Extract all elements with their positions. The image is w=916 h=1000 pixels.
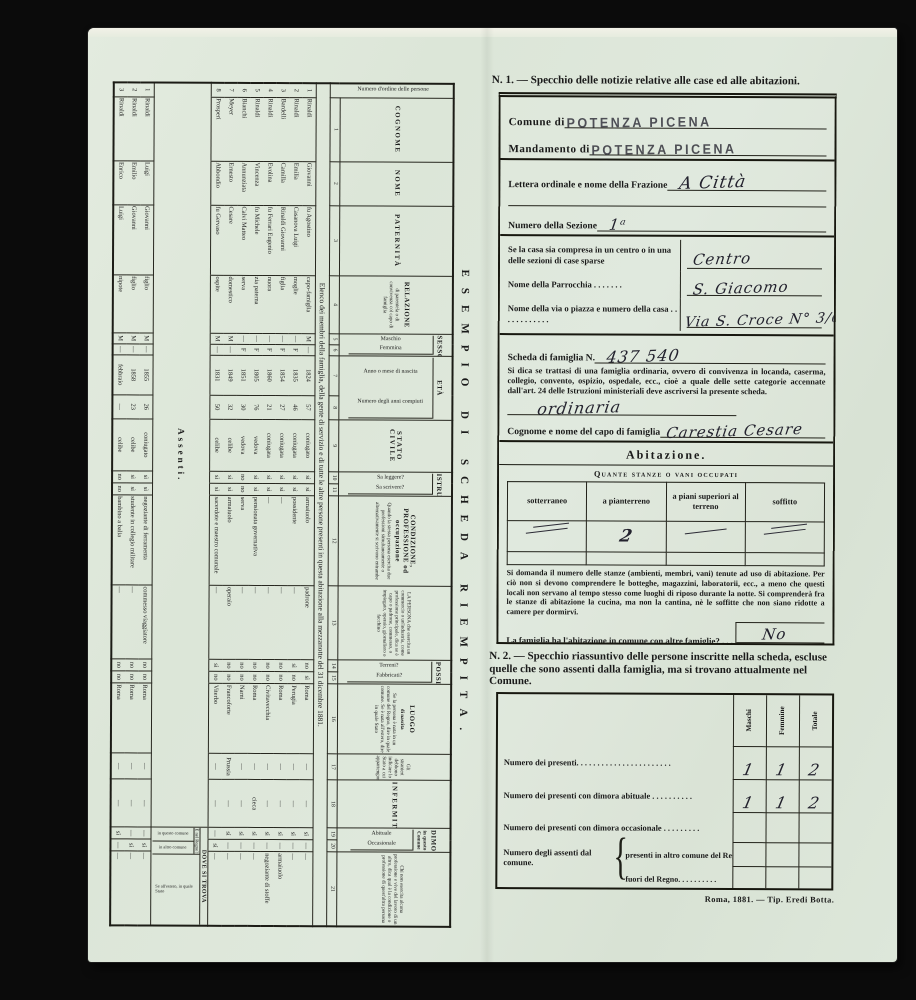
person-cell: 1855 <box>139 355 153 395</box>
mandamento-stamp: POTENZA PICENA <box>592 141 737 158</box>
column-number: 18 <box>327 780 337 828</box>
presenti-femmine: 1 <box>766 747 799 780</box>
person-cell: — <box>287 754 300 780</box>
person-cell: sì <box>126 471 139 483</box>
estero-label: Se all'estero, in quale Stato <box>156 885 196 895</box>
person-cell: nuora <box>263 275 276 333</box>
comune-row: Comune di POTENZA PICENA <box>509 101 827 129</box>
person-cell: 2 <box>290 83 303 97</box>
person-cell: Emilia <box>289 161 302 205</box>
person-cell: sì <box>249 483 262 495</box>
person-cell: 1851 <box>236 355 249 395</box>
person-cell: 30 <box>236 395 249 419</box>
person-cell: — <box>286 852 299 926</box>
person-cell: serva <box>236 495 249 585</box>
person-cell: — <box>127 344 140 355</box>
person-cell: Annunziata <box>237 161 250 205</box>
person-cell: sì <box>260 828 273 840</box>
person-cell: Rinaldi Giovanni <box>276 205 289 275</box>
person-cell: no <box>111 671 125 683</box>
questo-comune-label: in questo comune <box>158 828 189 841</box>
person-cell: serva <box>237 275 250 333</box>
via-row: Nome della via o piazza e numero della c… <box>508 298 826 331</box>
scheda-label: Scheda di famiglia N. <box>508 352 595 363</box>
person-cell: Roma <box>248 683 261 753</box>
abituale-maschi: 1 <box>733 780 766 813</box>
page-content: ESEMPIO DI SCHEDA RIEMPITA. Numero d'ord… <box>86 26 899 964</box>
column-number: 8 <box>329 396 339 420</box>
scheda-handwriting: 437 540 <box>606 345 682 366</box>
scanned-census-page: { "example_table": { "title": "ESEMPIO D… <box>0 0 916 1000</box>
person-cell: no <box>138 659 152 671</box>
categoria-handwriting: ordinaria <box>536 397 623 419</box>
person-cell: — <box>234 852 247 926</box>
column-number: 7 <box>329 356 339 396</box>
person-cell: Civitavecchia <box>261 684 274 754</box>
dove-si-trova-header: DOVE SI TROVA È nel Regno? in questo com… <box>151 827 208 926</box>
person-cell: — <box>124 851 137 925</box>
person-cell: no <box>274 672 287 684</box>
person-cell: 1860 <box>262 355 275 395</box>
person-cell: no <box>111 659 125 671</box>
famiglia-handwriting: No <box>761 624 788 643</box>
person-cell: 27 <box>275 395 288 419</box>
person-cell: Bianchi <box>237 97 250 161</box>
person-cell: armaiuolo <box>273 852 286 926</box>
person-cell: — <box>275 495 288 585</box>
n2-box: Maschi Femmine Totale Numero dei present… <box>495 692 834 890</box>
person-cell: Bardelli <box>276 97 289 161</box>
person-cell: — <box>276 333 289 344</box>
person-cell: — <box>260 840 273 852</box>
person-cell: no <box>209 671 223 683</box>
sezione-handwriting: 1ᵃ <box>608 215 628 234</box>
person-cell: — <box>300 780 314 828</box>
person-cell: — <box>110 839 124 851</box>
person-cell: — <box>273 840 286 852</box>
person-cell: 4 <box>264 83 277 97</box>
person-cell: padrone <box>300 586 314 660</box>
person-cell: Luigi <box>113 204 127 274</box>
person-cell: Roma <box>300 684 314 754</box>
person-cell: celibe <box>223 419 236 471</box>
rotated-example-table-block: ESEMPIO DI SCHEDA RIEMPITA. Numero d'ord… <box>93 81 472 928</box>
column-number: 20 <box>327 840 337 852</box>
person-cell: Giovanni <box>127 205 140 275</box>
stanze-paragraph: Si domanda il numero delle stanze (ambie… <box>506 568 824 618</box>
person-cell: 2 <box>128 82 141 96</box>
stanze-value-sotterraneo <box>507 521 586 552</box>
person-cell: bambino a balia <box>112 495 126 585</box>
person-cell: figlio <box>140 275 154 333</box>
person-cell: sì <box>223 483 236 495</box>
person-cell: — <box>262 495 275 585</box>
person-cell: no <box>235 671 248 683</box>
regno-label: È nel Regno? <box>193 828 199 854</box>
assenti-estero-row: fuori del Regno. . . . . . . . . . <box>497 866 831 890</box>
person-cell: sì <box>288 471 301 483</box>
header-row: Numero d'ordine delle persone COGNOME NO… <box>337 83 454 926</box>
person-cell: sì <box>301 484 315 496</box>
person-cell: — <box>250 333 263 344</box>
person-cell: sì <box>124 839 137 851</box>
person-cell: sì <box>275 471 288 483</box>
person-cell: sacerdote e maestro comunale <box>209 495 223 585</box>
person-cell: sì <box>273 828 286 840</box>
person-cell: sì <box>137 839 151 851</box>
person-cell: 6 <box>238 83 251 97</box>
person-cell: sì <box>262 471 275 483</box>
person-cell: Luigi <box>140 161 154 205</box>
person-cell: sì <box>209 483 223 495</box>
person-cell: — <box>286 840 299 852</box>
person-cell: sì <box>208 839 222 851</box>
col-stato-civile: STATO CIVILE <box>339 420 453 473</box>
categoria-paragraph: Si dica se trattasi di una famiglia ordi… <box>507 366 825 398</box>
column-number: 19 <box>327 828 337 840</box>
person-cell: M <box>127 333 140 344</box>
assenti-label: Assenti. <box>151 83 211 828</box>
example-census-table: Numero d'ordine delle persone COGNOME NO… <box>109 81 455 927</box>
person-cell: sì <box>223 471 236 483</box>
col-n-ordine: Numero d'ordine delle persone <box>330 83 454 98</box>
dimora-abituale-label: Numero dei presenti con dimora abituale … <box>498 779 733 813</box>
col-eta: ETÀ Anno o mese di nascitaNumero degli a… <box>339 356 453 421</box>
abituale-totale: 2 <box>799 780 832 813</box>
right-panel: N. 1. — Specchio delle notizie relative … <box>489 28 841 30</box>
person-cell: — <box>300 754 314 780</box>
person-cell: no <box>125 659 138 671</box>
person-cell: no <box>261 672 274 684</box>
person-cell: armaiuolo <box>301 496 315 586</box>
person-cell: Viterbo <box>208 683 222 753</box>
col-stranieri: Gli stranieri debbono indicare lo Stato … <box>337 754 451 781</box>
person-cell: moglie <box>289 275 302 333</box>
comune-label: Comune di <box>509 116 565 128</box>
person-cell: sì <box>210 471 224 483</box>
col-condizione: CONDIZIONE, PROFESSIONE od occupazione Q… <box>338 496 452 587</box>
person-cell: Roma <box>274 684 287 754</box>
person-cell: — <box>125 585 138 659</box>
person-cell: studente in collegio militare <box>126 495 139 585</box>
person-cell: 21 <box>262 395 275 419</box>
person-cell: no <box>222 659 235 671</box>
sezione-row: Numero della Sezione 1ᵃ <box>508 206 826 232</box>
famiglia-answer-box: No <box>735 622 824 646</box>
person-cell: — <box>247 840 260 852</box>
person-cell: — <box>140 344 154 355</box>
person-cell: 1831 <box>210 355 224 395</box>
person-cell: no <box>287 672 300 684</box>
stanze-values-row: 2 <box>507 521 824 553</box>
person-cell: M <box>140 333 154 344</box>
person-cell: — <box>248 585 261 659</box>
person-cell: sì <box>288 483 301 495</box>
col-luogo-nascita: LUOGO di nascita Se la persona è nata in… <box>337 684 451 755</box>
person-cell: sì <box>126 483 139 495</box>
person-cell: no <box>112 471 126 483</box>
column-number: 17 <box>327 754 337 780</box>
col-cognome: COGNOME <box>340 97 454 162</box>
person-cell: Rinaldi <box>302 97 316 161</box>
column-number: 21 <box>327 852 337 926</box>
column-number: 1 <box>330 97 340 161</box>
person-cell: 26 <box>139 395 153 419</box>
column-number: 2 <box>330 161 340 205</box>
person-cell: coniugata <box>288 419 301 471</box>
person-cell: — <box>247 852 260 926</box>
person-cell: — <box>274 754 287 780</box>
person-cell: — <box>124 827 137 839</box>
person-cell: coniugato <box>139 419 153 471</box>
person-cell: domestico <box>224 275 237 333</box>
person-cell: — <box>208 851 222 925</box>
person-cell: — <box>125 779 138 827</box>
person-cell: Perugia <box>287 684 300 754</box>
person-cell: F <box>289 344 302 355</box>
person-cell: sì <box>287 660 300 672</box>
person-cell: — <box>261 780 274 828</box>
person-cell: Prosperi <box>211 97 225 161</box>
person-cell: Rinaldi <box>140 96 154 160</box>
person-cell: 1854 <box>275 355 288 395</box>
person-cell: no <box>248 671 261 683</box>
divider <box>500 333 834 336</box>
col-infermita: INFERMITÀ <box>337 780 451 829</box>
scheda-row: Scheda di famiglia N. 437 540 <box>508 338 826 364</box>
casa-details: Se la casa sia compresa in un centro o i… <box>508 239 826 331</box>
person-cell: — <box>263 333 276 344</box>
person-cell: F <box>250 344 263 355</box>
person-cell: no <box>274 660 287 672</box>
person-cell: Rinaldi <box>113 96 127 160</box>
paper-sheet: ESEMPIO DI SCHEDA RIEMPITA. Numero d'ord… <box>88 28 897 962</box>
stanze-table: sotterraneo a pianterreno a piani superi… <box>507 481 825 566</box>
person-cell: sì <box>275 483 288 495</box>
person-cell: Evolina <box>263 161 276 205</box>
person-cell: F <box>263 344 276 355</box>
person-cell: 1824 <box>301 355 315 395</box>
presenti-totale: 2 <box>799 747 832 780</box>
person-cell: figlia <box>276 275 289 333</box>
person-cell: — <box>221 852 234 926</box>
column-number: 15 <box>328 672 338 684</box>
person-cell: ospite <box>210 275 224 333</box>
stanze-col-soffitto: soffitto <box>745 483 824 522</box>
person-cell: F <box>237 344 250 355</box>
person-cell: Abbondio <box>211 161 225 205</box>
person-cell: 5 <box>251 83 264 97</box>
col-possiede: POSSIEDE Terreni?Fabbricati? <box>338 660 452 685</box>
person-cell: no <box>138 671 152 683</box>
person-cell: — <box>299 840 313 852</box>
person-cell: 8 <box>211 83 225 97</box>
person-cell: — <box>274 586 287 660</box>
person-cell: febbraio <box>112 355 126 395</box>
column-number: 4 <box>329 275 339 333</box>
person-cell: M <box>302 333 316 344</box>
person-cell: sì <box>234 828 247 840</box>
person-cell: no <box>248 659 261 671</box>
person-cell: Rinaldi <box>250 97 263 161</box>
person-cell: — <box>287 780 300 828</box>
centro-row: Se la casa sia compresa in un centro o i… <box>508 239 826 272</box>
person-cell: coniugata <box>275 419 288 471</box>
person-cell: 1805 <box>249 355 262 395</box>
stanze-caption: Quante stanze o vani occupati <box>507 465 825 482</box>
person-cell: Francoforte <box>222 683 235 753</box>
column-number: 5 <box>329 334 339 345</box>
person-cell: no <box>235 659 248 671</box>
n1-box: Comune di POTENZA PICENA Mandamento di P… <box>496 92 836 645</box>
person-cell: no <box>112 483 126 495</box>
person-cell: Emilio <box>127 160 140 204</box>
assenti-regno-row: presenti in altro comune del Regno <box>497 842 831 867</box>
frazione-row: Lettera ordinale e nome della Frazione A… <box>508 163 826 191</box>
person-cell: Narni <box>235 683 248 753</box>
person-cell: Rinaldi <box>263 97 276 161</box>
person-cell: — <box>111 753 125 779</box>
stanze-col-sotterraneo: sotterraneo <box>507 482 586 521</box>
col-chi-vive: Chi non esercita alcuna professione e vi… <box>337 852 451 927</box>
person-cell: — <box>221 840 234 852</box>
col-sesso: SESSO MaschioFemmina <box>339 334 453 357</box>
person-cell: — <box>138 753 152 779</box>
person-cell: commesso viaggiatore <box>138 585 152 659</box>
person-cell: figlio <box>127 275 140 333</box>
person-cell: cieca <box>248 780 261 828</box>
person-cell: Roma <box>111 683 125 753</box>
person-cell: celibe <box>210 419 224 471</box>
person-cell: celibe <box>126 419 139 471</box>
assenti-regno-label: presenti in altro comune del Regno <box>497 842 732 867</box>
person-cell: fu Gervaso <box>210 205 224 275</box>
person-cell: F <box>276 344 289 355</box>
person-cell: 57 <box>301 395 315 419</box>
famiglia-question: La famiglia ha l'abitazione in comune co… <box>506 635 735 646</box>
person-cell: — <box>261 754 274 780</box>
mandamento-row: Mandamento di POTENZA PICENA <box>508 128 826 156</box>
person-cell: possidente <box>288 495 301 585</box>
person-cell: sì <box>110 827 124 839</box>
person-cell: — <box>261 585 274 659</box>
person-cell: sì <box>262 483 275 495</box>
person-cell: sì <box>249 471 262 483</box>
person-cell: Enrico <box>113 160 127 204</box>
person-cell: nipote <box>113 275 127 333</box>
person-cell: pensionata governativa <box>249 495 262 585</box>
altro-comune-label: in altro comune <box>159 841 187 854</box>
person-cell: 7 <box>225 83 238 97</box>
person-cell: sì <box>139 483 153 495</box>
person-cell: 1 <box>303 83 317 97</box>
person-cell: — <box>110 851 124 925</box>
presenti-maschi: 1 <box>733 747 766 780</box>
person-cell: Meyer <box>224 97 237 161</box>
sezione-label: Numero della Sezione <box>508 220 597 231</box>
person-cell: M <box>210 333 224 344</box>
person-cell: 50 <box>210 395 224 419</box>
assenti-estero-label: fuori del Regno. . . . . . . . . . <box>497 866 732 890</box>
person-cell: — <box>302 344 316 355</box>
col-paternita: PATERNITÀ <box>339 205 453 276</box>
person-cell: sì <box>299 828 313 840</box>
stanze-value-pianterreno: 2 <box>587 521 666 552</box>
person-cell: vedova <box>249 419 262 471</box>
person-cell: — <box>208 779 222 827</box>
person-cell: — <box>208 827 222 839</box>
person-cell: — <box>224 344 237 355</box>
person-cell: Giovanni <box>302 161 316 205</box>
person-cell: Casanova Luigi <box>289 205 302 275</box>
person-cell: Calvi Matteo <box>237 205 250 275</box>
person-cell: coniugata <box>262 419 275 471</box>
n2-title: N. 2. — Specchio riassuntivo delle perso… <box>489 650 838 689</box>
column-number: 16 <box>327 684 337 754</box>
column-number: 6 <box>329 345 339 356</box>
person-cell: — <box>125 753 138 779</box>
person-cell: 32 <box>223 395 236 419</box>
column-number: 14 <box>328 660 338 672</box>
abituale-femmine: 1 <box>766 780 799 813</box>
stanze-value-soffitto <box>745 522 824 553</box>
person-cell: Ernesto <box>224 161 237 205</box>
person-cell: sì <box>301 472 315 484</box>
person-cell: no <box>125 671 138 683</box>
famiglia-comune-row: La famiglia ha l'abitazione in comune co… <box>506 621 824 646</box>
person-cell: coniugato <box>301 419 315 471</box>
stanze-value-piani-superiori <box>666 522 745 553</box>
person-cell: — <box>111 585 125 659</box>
presenti-rows: 1RinaldiGiovannifu Agostinocapo-famiglia… <box>208 83 317 926</box>
column-number: 3 <box>329 205 339 275</box>
person-cell: no <box>261 660 274 672</box>
person-cell: Roma <box>125 683 138 753</box>
person-cell: — <box>137 827 151 839</box>
n1-title: N. 1. — Specchio delle notizie relative … <box>492 74 841 88</box>
assenti-dal-comune-block: Numero degli assenti dal comune. { prese… <box>497 842 831 890</box>
col-nome: NOME <box>340 161 454 206</box>
person-cell: — <box>237 333 250 344</box>
person-cell: 1858 <box>126 355 139 395</box>
person-cell: sì <box>221 828 234 840</box>
dimora-abituale-row: Numero dei presenti con dimora abituale … <box>498 779 832 813</box>
assenti-rows: 1RinaldiLuigiGiovannifiglioM—185526coniu… <box>110 82 154 925</box>
column-number: 10 <box>329 472 339 484</box>
column-number: 13 <box>328 586 338 660</box>
person-cell: no <box>236 471 249 483</box>
person-cell: — <box>274 780 287 828</box>
stanze-empty-row <box>507 552 824 566</box>
capo-handwriting: Carestia Cesare <box>665 420 804 442</box>
person-cell: Rinaldi <box>127 96 140 160</box>
person-cell: sì <box>300 672 314 684</box>
person-cell: — <box>235 780 248 828</box>
person-cell: capo-famiglia <box>302 275 316 333</box>
column-number: 11 <box>328 484 338 496</box>
person-cell: no <box>236 483 249 495</box>
person-cell: — <box>208 753 222 779</box>
assenti-band: Assenti. DOVE SI TROVA È nel Regno? in q… <box>151 83 212 926</box>
person-cell: Vincenza <box>250 161 263 205</box>
person-cell: fu Michele <box>250 205 263 275</box>
col-persona: LA PERSONA che esercita un commercio o u… <box>338 586 452 661</box>
person-cell: Rinaldi <box>289 97 302 161</box>
person-cell: Prussia <box>222 753 235 779</box>
person-cell: — <box>138 779 152 827</box>
person-cell: celibe <box>112 419 126 471</box>
stanze-header-row: sotterraneo a pianterreno a piani superi… <box>507 482 824 522</box>
